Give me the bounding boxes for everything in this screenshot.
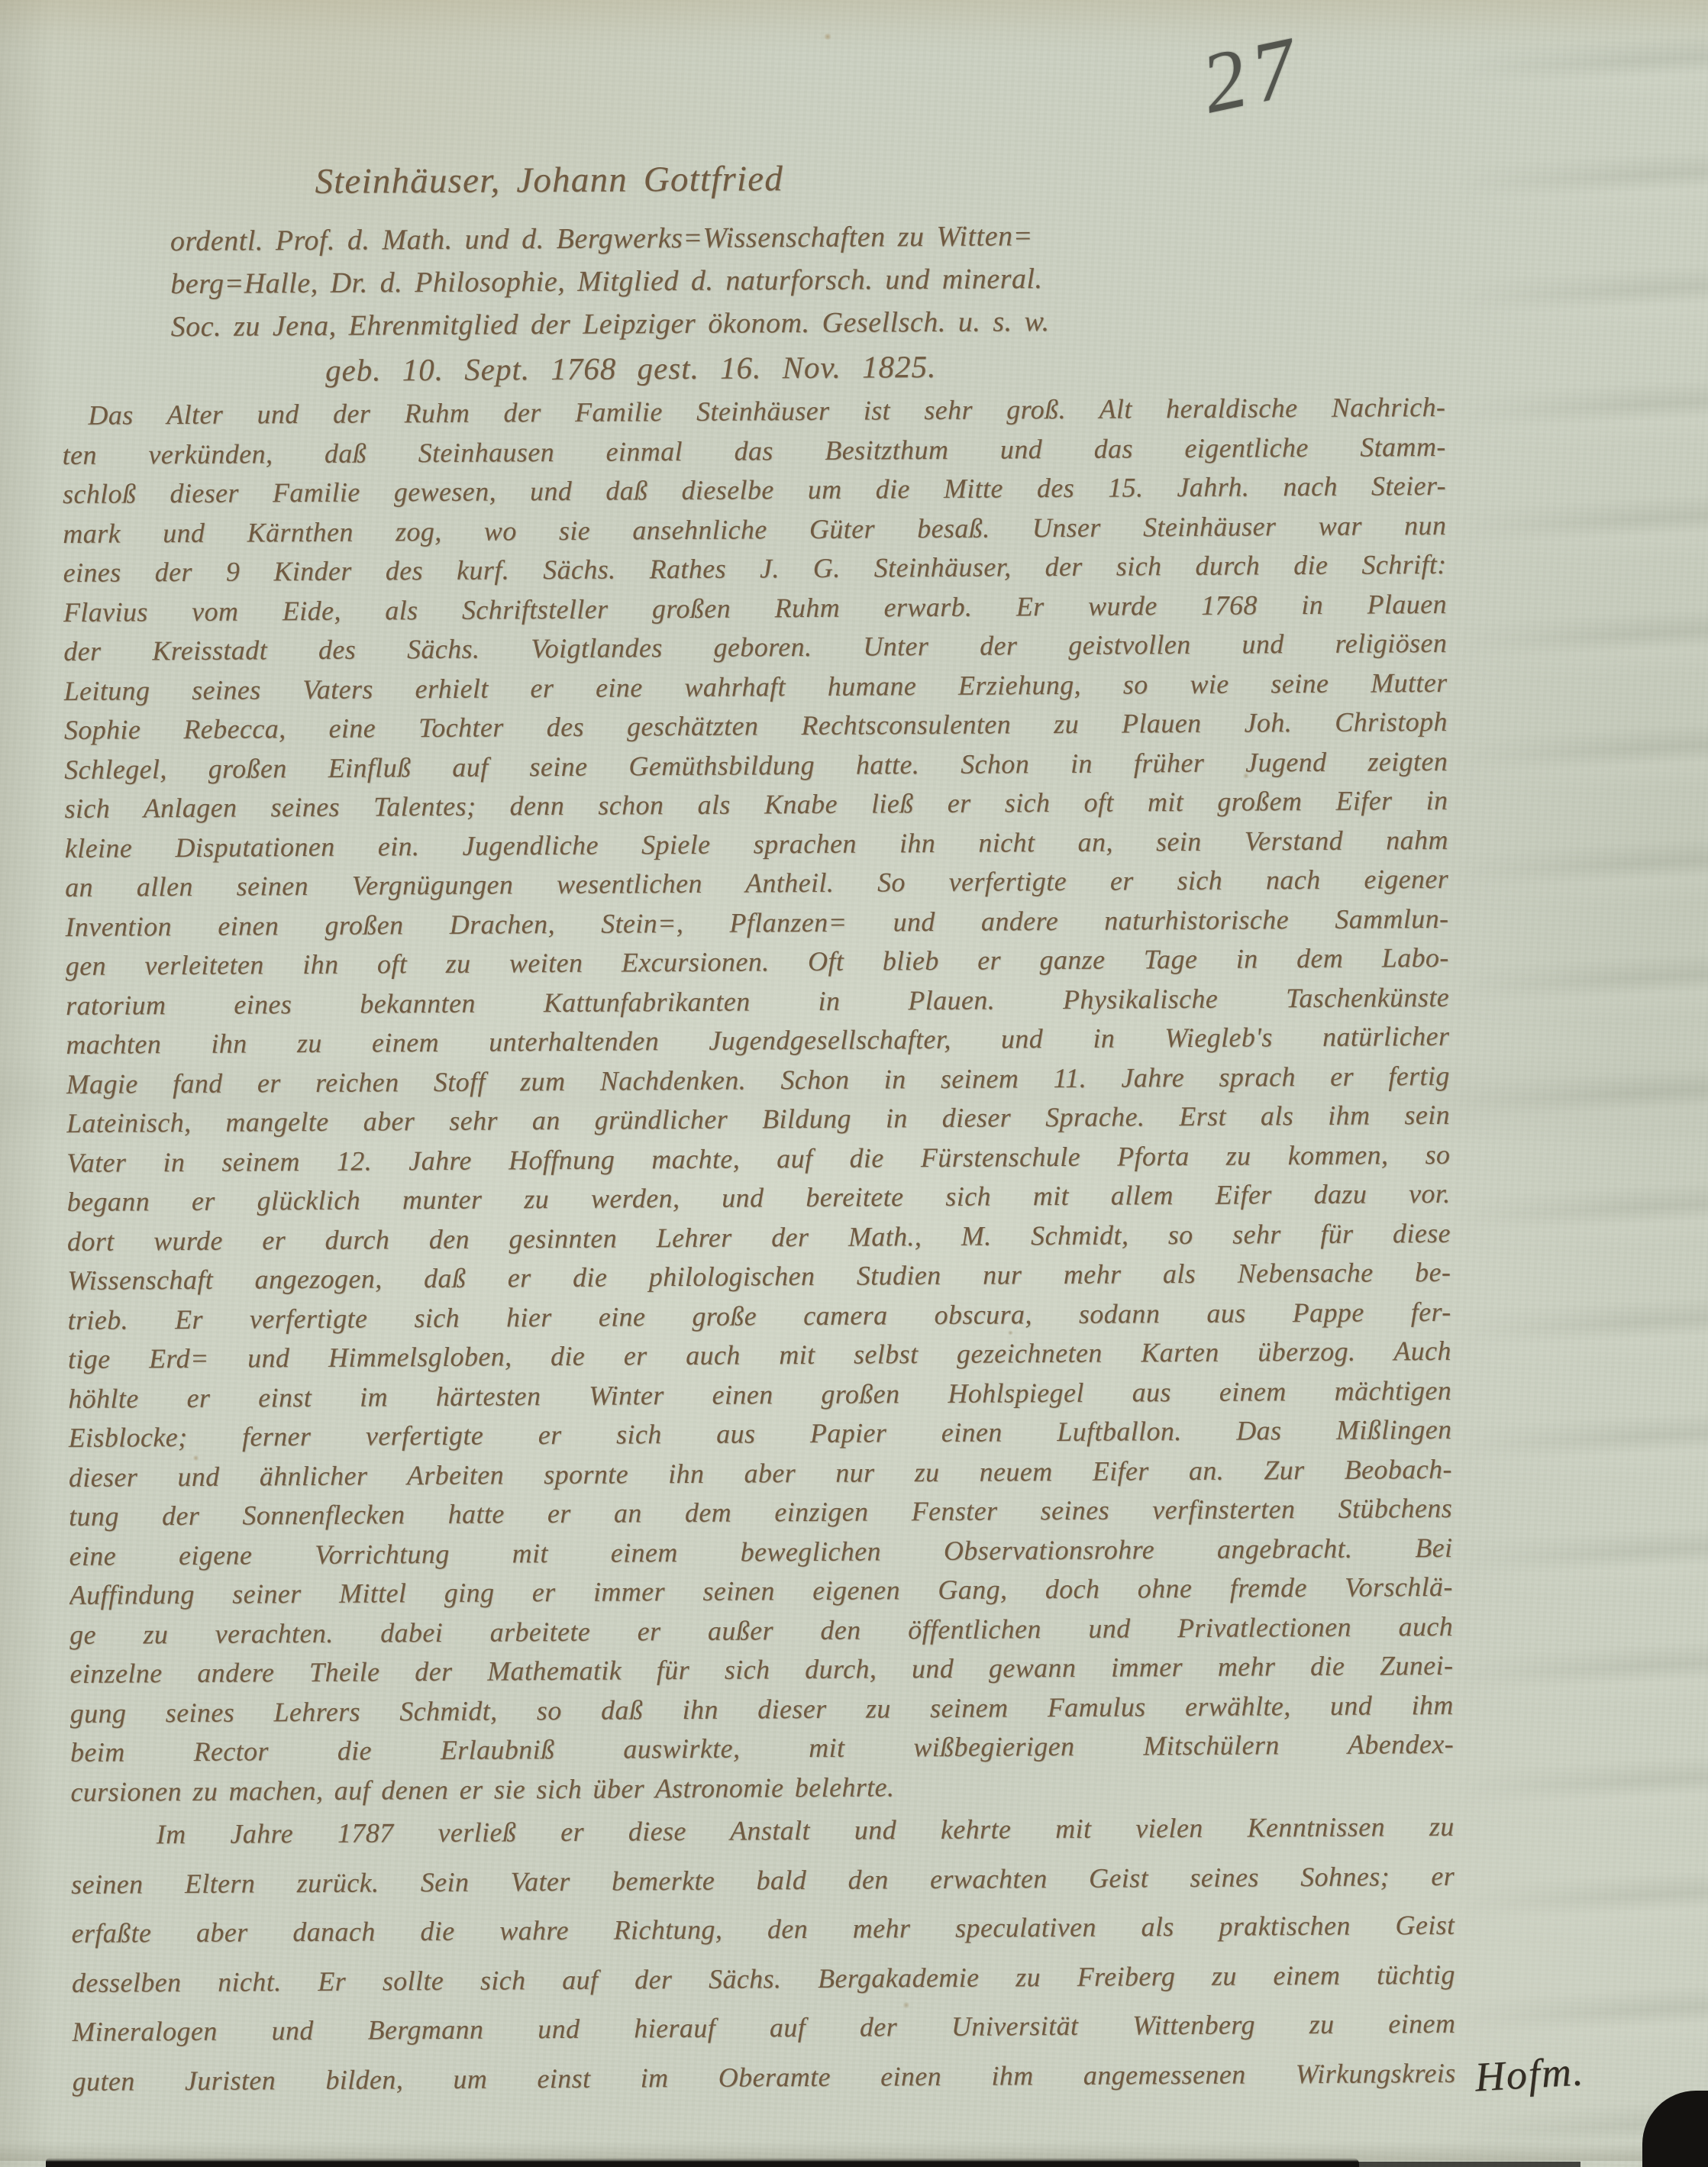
subtitle-line: ordentl. Prof. d. Math. und d. Bergwerks… xyxy=(170,213,1316,263)
manuscript-title: Steinhäuser, Johann Gottfried xyxy=(315,158,783,202)
body-paragraph-2: Im Jahre 1787 verließ er diese Anstalt u… xyxy=(71,1802,1456,2106)
archivist-signature: Hofm. xyxy=(1474,2047,1586,2101)
body-paragraph-1: Das Alter und der Ruhm der Familie Stein… xyxy=(62,388,1454,1812)
text-line: seinen Eltern zurück. Sein Vater bemerkt… xyxy=(71,1851,1455,1909)
dates-line: geb. 10. Sept. 1768 gest. 16. Nov. 1825. xyxy=(325,348,937,389)
subtitle-line: berg=Halle, Dr. d. Philosophie, Mitglied… xyxy=(170,256,1316,305)
text-line: Im Jahre 1787 verließ er diese Anstalt u… xyxy=(71,1802,1455,1860)
manuscript-page: 27 Steinhäuser, Johann Gottfried ordentl… xyxy=(0,0,1708,2167)
manuscript-subtitle: ordentl. Prof. d. Math. und d. Bergwerks… xyxy=(170,213,1316,348)
manuscript-content: Steinhäuser, Johann Gottfried ordentl. P… xyxy=(0,0,1708,2167)
text-line: guten Juristen bilden, um einst im Obera… xyxy=(73,2048,1456,2106)
text-line: Mineralogen und Bergmann und hierauf auf… xyxy=(72,1999,1455,2057)
text-line: erfaßte aber danach die wahre Richtung, … xyxy=(71,1901,1455,1959)
text-line: desselben nicht. Er sollte sich auf der … xyxy=(72,1949,1455,2007)
subtitle-line: Soc. zu Jena, Ehrenmitglied der Leipzige… xyxy=(170,299,1316,348)
